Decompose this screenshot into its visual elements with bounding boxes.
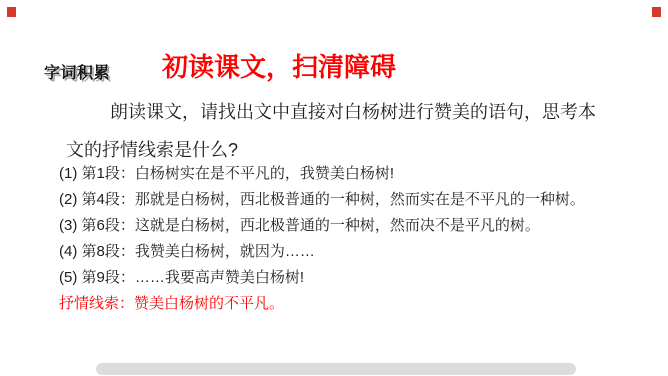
quote-item: (1) 第1段：白杨树实在是不平凡的，我赞美白杨树!	[59, 161, 619, 187]
quote-item: (2) 第4段：那就是白杨树，西北极普通的一种树，然而实在是不平凡的一种树。	[59, 187, 619, 213]
quote-item: (5) 第9段：……我要高声赞美白杨树!	[59, 265, 619, 291]
quote-item: (4) 第8段：我赞美白杨树，就因为……	[59, 239, 619, 265]
corner-accent-right	[652, 7, 661, 17]
corner-accent-left	[7, 7, 16, 17]
section-label: 字词积累	[44, 60, 110, 83]
quote-list: (1) 第1段：白杨树实在是不平凡的，我赞美白杨树! (2) 第4段：那就是白杨…	[59, 161, 619, 317]
conclusion: 抒情线索：赞美白杨树的不平凡。	[59, 291, 619, 317]
quote-item: (3) 第6段：这就是白杨树，西北极普通的一种树，然而决不是平凡的树。	[59, 213, 619, 239]
slide: 字词积累 初读课文，扫清障碍 朗读课文，请找出文中直接对白杨树进行赞美的语句，思…	[0, 0, 668, 376]
intro-paragraph: 朗读课文，请找出文中直接对白杨树进行赞美的语句，思考本文的抒情线索是什么?	[66, 93, 598, 169]
footer-bar	[96, 363, 576, 375]
slide-title: 初读课文，扫清障碍	[162, 47, 396, 84]
